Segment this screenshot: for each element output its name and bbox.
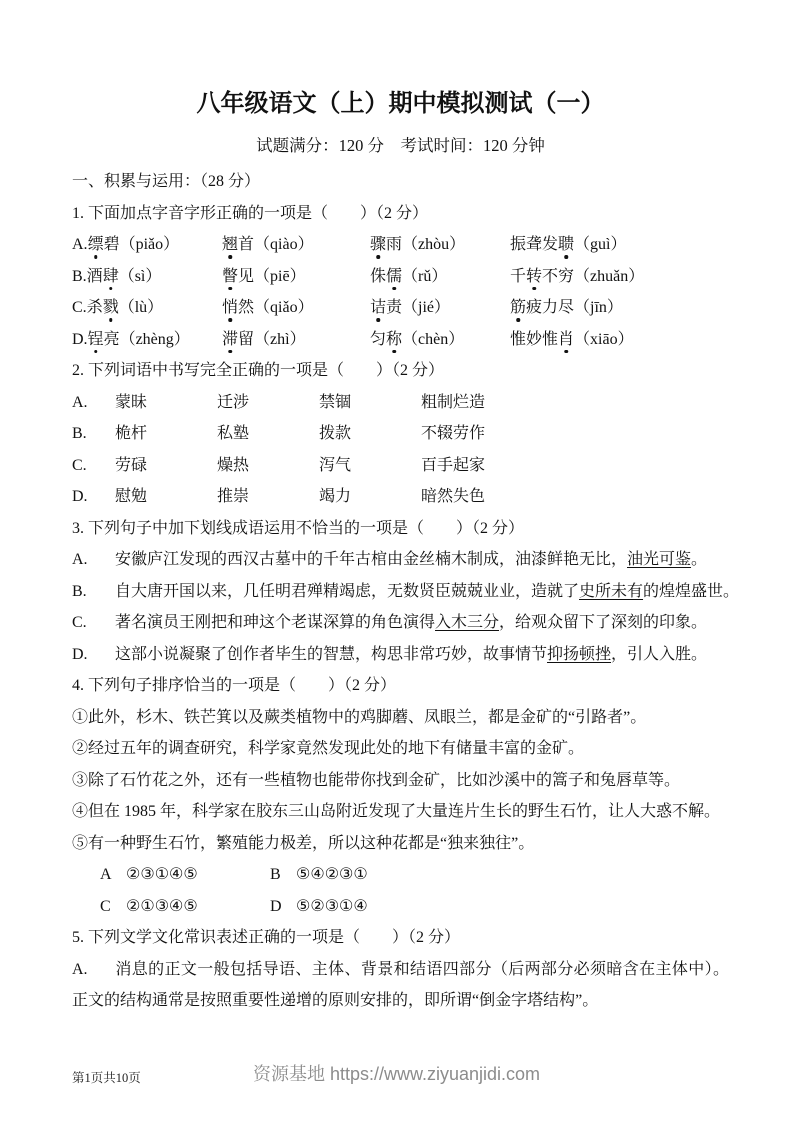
q2-word: 燥热 <box>217 450 319 482</box>
option-label: B. <box>72 418 115 450</box>
q4-choice-row-2: C②①③④⑤D⑤②③①④ <box>72 891 729 923</box>
q2-word: 暗然失色 <box>421 481 485 513</box>
q1-word: 滞留（zhì） <box>222 324 370 356</box>
option-label: B. <box>72 576 115 608</box>
q3-option-c: C.著名演员王刚把和珅这个老谋深算的角色演得入木三分，给观众留下了深刻的印象。 <box>72 607 729 639</box>
option-text: 消息的正文一般包括导语、主体、背景和结语四部分（后两部分必须暗含在主体中）。正文… <box>72 961 729 1010</box>
exam-document-page: 八年级语文（上）期中模拟测试（一） 试题满分：120 分 考试时间：120 分钟… <box>0 0 793 1122</box>
q4-choice-row-1: A②③①④⑤B⑤④②③① <box>72 859 729 891</box>
q2-word: 粗制烂造 <box>421 387 485 419</box>
q2-word: 劳碌 <box>115 450 217 482</box>
q2-word: 桅杆 <box>115 418 217 450</box>
option-label: C <box>100 891 126 923</box>
q1-word: 骤雨（zhòu） <box>370 229 510 261</box>
q1-stem: 1. 下面加点字音字形正确的一项是（ ）（2 分） <box>72 198 729 230</box>
choice-sequence: ⑤②③①④ <box>296 898 368 915</box>
q1-word: 酒肆（sì） <box>87 268 162 285</box>
q2-word: 竭力 <box>319 481 421 513</box>
q4-sentence-1: ①此外，杉木、铁芒箕以及蕨类植物中的鸡脚蘑、凤眼兰，都是金矿的“引路者”。 <box>72 702 729 734</box>
q2-row-b: B.桅杆私塾拨款不辍劳作 <box>72 418 729 450</box>
q1-row-a: A.缥碧（piǎo）翘首（qiào）骤雨（zhòu）振聋发聩（guì） <box>72 229 729 261</box>
q2-word: 拨款 <box>319 418 421 450</box>
q2-word: 泻气 <box>319 450 421 482</box>
option-label: A <box>100 859 126 891</box>
option-text: 自大唐开国以来，几任明君殚精竭虑，无数贤臣兢兢业业，造就了史所未有的煌煌盛世。 <box>115 583 739 600</box>
option-label: C. <box>72 299 87 316</box>
q1-cell: C.杀戮（lù） <box>72 292 222 324</box>
q1-cell: A.缥碧（piǎo） <box>72 229 222 261</box>
q3-stem: 3. 下列句子中加下划线成语运用不恰当的一项是（ ）（2 分） <box>72 513 729 545</box>
q4-choice-a: A②③①④⑤ <box>100 859 270 891</box>
q1-row-d: D.锃亮（zhèng）滞留（zhì）匀称（chèn）惟妙惟肖（xiāo） <box>72 324 729 356</box>
q1-word: 悄然（qiǎo） <box>222 292 370 324</box>
option-label: A. <box>72 387 115 419</box>
option-label: D. <box>72 331 88 348</box>
option-text: 安徽庐江发现的西汉古墓中的千年古棺由金丝楠木制成，油漆鲜艳无比，油光可鉴。 <box>115 551 707 568</box>
choice-sequence: ②①③④⑤ <box>126 898 198 915</box>
option-label: A. <box>72 236 88 253</box>
option-label: C. <box>72 607 115 639</box>
q1-cell: D.锃亮（zhèng） <box>72 324 222 356</box>
q2-word: 禁锢 <box>319 387 421 419</box>
option-label: A. <box>72 544 115 576</box>
q3-option-a: A.安徽庐江发现的西汉古墓中的千年古棺由金丝楠木制成，油漆鲜艳无比，油光可鉴。 <box>72 544 729 576</box>
q2-word: 百手起家 <box>421 450 485 482</box>
option-text: 这部小说凝聚了创作者毕生的智慧，构思非常巧妙，故事情节抑扬顿挫，引人入胜。 <box>115 646 707 663</box>
q4-choice-c: C②①③④⑤ <box>100 891 270 923</box>
choice-sequence: ⑤④②③① <box>296 866 368 883</box>
section-heading: 一、积累与运用：（28 分） <box>72 166 729 198</box>
q1-word: 千转不穷（zhuǎn） <box>510 261 729 293</box>
q1-row-c: C.杀戮（lù）悄然（qiǎo）诘责（jié）筋疲力尽（jīn） <box>72 292 729 324</box>
q1-word: 缥碧（piǎo） <box>88 236 180 253</box>
document-title: 八年级语文（上）期中模拟测试（一） <box>72 86 729 122</box>
q2-word: 迁涉 <box>217 387 319 419</box>
q1-word: 惟妙惟肖（xiāo） <box>510 324 729 356</box>
q1-word: 杀戮（lù） <box>87 299 163 316</box>
q1-word: 筋疲力尽（jīn） <box>510 292 729 324</box>
q4-choice-d: D⑤②③①④ <box>270 891 368 923</box>
q4-sentence-5: ⑤有一种野生石竹，繁殖能力极差，所以这种花都是“独来独往”。 <box>72 828 729 860</box>
option-label: B <box>270 859 296 891</box>
option-label: D <box>270 891 296 923</box>
q3-option-d: D.这部小说凝聚了创作者毕生的智慧，构思非常巧妙，故事情节抑扬顿挫，引人入胜。 <box>72 639 729 671</box>
q5-option-a: A.消息的正文一般包括导语、主体、背景和结语四部分（后两部分必须暗含在主体中）。… <box>72 954 729 1017</box>
q1-word: 侏儒（rǔ） <box>370 261 510 293</box>
q2-row-d: D.慰勉推崇竭力暗然失色 <box>72 481 729 513</box>
option-label: C. <box>72 450 115 482</box>
document-content: 八年级语文（上）期中模拟测试（一） 试题满分：120 分 考试时间：120 分钟… <box>0 86 793 1017</box>
q2-word: 蒙昧 <box>115 387 217 419</box>
q2-word: 慰勉 <box>115 481 217 513</box>
q4-sentence-3: ③除了石竹花之外，还有一些植物也能带你找到金矿，比如沙溪中的篙子和兔唇草等。 <box>72 765 729 797</box>
q2-word: 私塾 <box>217 418 319 450</box>
option-label: D. <box>72 639 115 671</box>
document-subtitle: 试题满分：120 分 考试时间：120 分钟 <box>72 133 729 159</box>
q4-choice-b: B⑤④②③① <box>270 859 368 891</box>
q1-word: 瞥见（piē） <box>222 261 370 293</box>
q2-stem: 2. 下列词语中书写完全正确的一项是（ ）（2 分） <box>72 355 729 387</box>
page-footer: 第1页共10页 资源基地 https://www.ziyuanjidi.com <box>0 1060 793 1088</box>
q2-word: 推崇 <box>217 481 319 513</box>
q2-row-c: C.劳碌燥热泻气百手起家 <box>72 450 729 482</box>
option-label: B. <box>72 268 87 285</box>
q1-word: 诘责（jié） <box>370 292 510 324</box>
choice-sequence: ②③①④⑤ <box>126 866 198 883</box>
q1-word: 匀称（chèn） <box>370 324 510 356</box>
q1-word: 翘首（qiào） <box>222 229 370 261</box>
q1-cell: B.酒肆（sì） <box>72 261 222 293</box>
q3-option-b: B.自大唐开国以来，几任明君殚精竭虑，无数贤臣兢兢业业，造就了史所未有的煌煌盛世… <box>72 576 729 608</box>
option-label: A. <box>72 954 115 986</box>
q2-word: 不辍劳作 <box>421 418 485 450</box>
option-text: 著名演员王刚把和珅这个老谋深算的角色演得入木三分，给观众留下了深刻的印象。 <box>115 614 707 631</box>
page-number-indicator: 第1页共10页 <box>72 1068 141 1086</box>
q1-row-b: B.酒肆（sì）瞥见（piē）侏儒（rǔ）千转不穷（zhuǎn） <box>72 261 729 293</box>
q4-stem: 4. 下列句子排序恰当的一项是（ ）（2 分） <box>72 670 729 702</box>
q4-sentence-4: ④但在 1985 年，科学家在胶东三山岛附近发现了大量连片生长的野生石竹，让人大… <box>72 796 729 828</box>
watermark-text: 资源基地 https://www.ziyuanjidi.com <box>253 1064 540 1084</box>
option-label: D. <box>72 481 115 513</box>
q1-word: 振聋发聩（guì） <box>510 229 729 261</box>
q2-row-a: A.蒙昧迁涉禁锢粗制烂造 <box>72 387 729 419</box>
q1-word: 锃亮（zhèng） <box>88 331 190 348</box>
q4-sentence-2: ②经过五年的调查研究，科学家竟然发现此处的地下有储量丰富的金矿。 <box>72 733 729 765</box>
q5-stem: 5. 下列文学文化常识表述正确的一项是（ ）（2 分） <box>72 922 729 954</box>
